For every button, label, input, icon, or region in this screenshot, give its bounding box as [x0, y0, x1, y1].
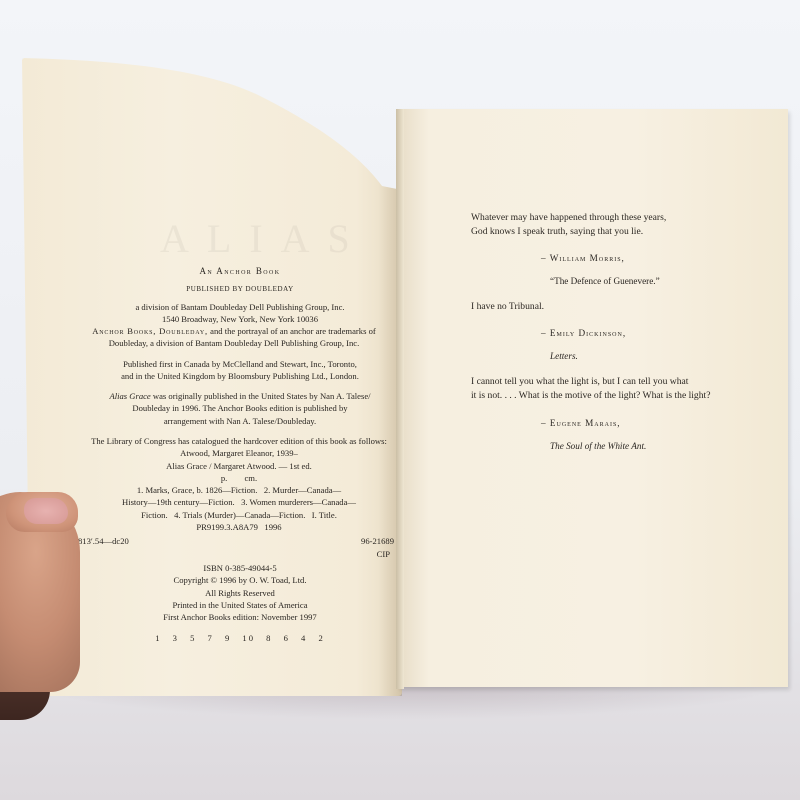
first-published-line2: and in the United Kingdom by Bloomsbury …	[80, 370, 400, 382]
trademark-caps: Anchor Books, Doubleday,	[92, 326, 208, 336]
rights-reserved: All Rights Reserved	[80, 587, 400, 599]
cip-pagination: p. cm.	[76, 472, 402, 484]
epigraph-2-line-1: I have no Tribunal.	[471, 300, 544, 314]
copyright-line: Copyright © 1996 by O. W. Toad, Ltd.	[80, 574, 400, 586]
cip-subjects-1: 1. Marks, Grace, b. 1826—Fiction. 2. Mur…	[76, 484, 402, 496]
rights-block: ISBN 0-385-49044-5 Copyright © 1996 by O…	[80, 562, 400, 645]
cip-subjects-2: History—19th century—Fiction. 3. Women m…	[76, 496, 402, 508]
epigraph-1: Whatever may have happened through these…	[471, 211, 666, 239]
publisher-label: Published by Doubleday	[80, 283, 400, 295]
address-line: 1540 Broadway, New York, New York 10036	[80, 313, 400, 325]
epigraph-2-author: – Emily Dickinson,	[541, 326, 626, 340]
cip-title: Alias Grace / Margaret Atwood. — 1st ed.	[76, 460, 402, 472]
us-edition-block: Alias Grace was originally published in …	[80, 390, 400, 427]
book-title: Alias Grace	[109, 391, 150, 401]
cip-block: The Library of Congress has catalogued t…	[76, 435, 402, 560]
isbn: ISBN 0-385-49044-5	[80, 562, 400, 574]
epigraph-1-author: – William Morris,	[541, 251, 660, 265]
imprint-block: An Anchor Book Published by Doubleday a …	[80, 265, 400, 325]
epigraph-3: I cannot tell you what the light is, but…	[471, 375, 710, 403]
cip-subjects-3: Fiction. 4. Trials (Murder)—Canada—Ficti…	[76, 509, 402, 521]
epigraph-2-attribution: – Emily Dickinson, Letters.	[541, 317, 626, 373]
printed-in: Printed in the United States of America	[80, 599, 400, 611]
epigraph-1-source: “The Defence of Guenevere.”	[541, 274, 660, 288]
epigraph-2-source: Letters.	[541, 349, 626, 363]
edition-line: First Anchor Books edition: November 199…	[80, 611, 400, 623]
epigraph-1-attribution: – William Morris, “The Defence of Guenev…	[541, 242, 660, 298]
cip-call-number: PR9199.3.A8A79 1996	[76, 521, 402, 533]
epigraph-1-line-2: God knows I speak truth, saying that you…	[471, 225, 666, 239]
trademark-block: Anchor Books, Doubleday, and the portray…	[74, 325, 394, 350]
epigraph-3-line-2: it is not. . . . What is the motive of t…	[471, 389, 710, 403]
epigraph-3-line-1: I cannot tell you what the light is, but…	[471, 375, 710, 389]
photo-scene: ALIAS An Anchor Book Published by Double…	[0, 0, 800, 800]
us-edition-line1: was originally published in the United S…	[151, 391, 371, 401]
first-published-line1: Published first in Canada by McClelland …	[80, 358, 400, 370]
epigraph-3-attribution: – Eugene Marais, The Soul of the White A…	[541, 407, 646, 463]
epigraph-1-line-1: Whatever may have happened through these…	[471, 211, 666, 225]
cip-label: CIP	[377, 549, 390, 559]
show-through-title: ALIAS	[160, 215, 368, 262]
epigraph-2: I have no Tribunal.	[471, 300, 544, 314]
thumbnail	[24, 498, 68, 524]
series-label: An Anchor Book	[80, 265, 400, 277]
trademark-line2: Doubleday, a division of Bantam Doubleda…	[74, 337, 394, 349]
first-published-block: Published first in Canada by McClelland …	[80, 358, 400, 383]
epigraph-3-author: – Eugene Marais,	[541, 416, 646, 430]
cip-lccn: 96-21689	[361, 535, 394, 547]
division-line: a division of Bantam Doubleday Dell Publ…	[80, 301, 400, 313]
us-edition-line3: arrangement with Nan A. Talese/Doubleday…	[80, 415, 400, 427]
cip-author: Atwood, Margaret Eleanor, 1939–	[76, 447, 402, 459]
cip-dewey: 813′.54—dc20	[78, 535, 129, 547]
print-line: 1 3 5 7 9 10 8 6 4 2	[80, 632, 400, 644]
cip-intro: The Library of Congress has catalogued t…	[76, 435, 402, 447]
us-edition-line2: Doubleday in 1996. The Anchor Books edit…	[80, 402, 400, 414]
trademark-rest: and the portrayal of an anchor are trade…	[208, 326, 376, 336]
epigraph-3-source: The Soul of the White Ant.	[541, 439, 646, 453]
